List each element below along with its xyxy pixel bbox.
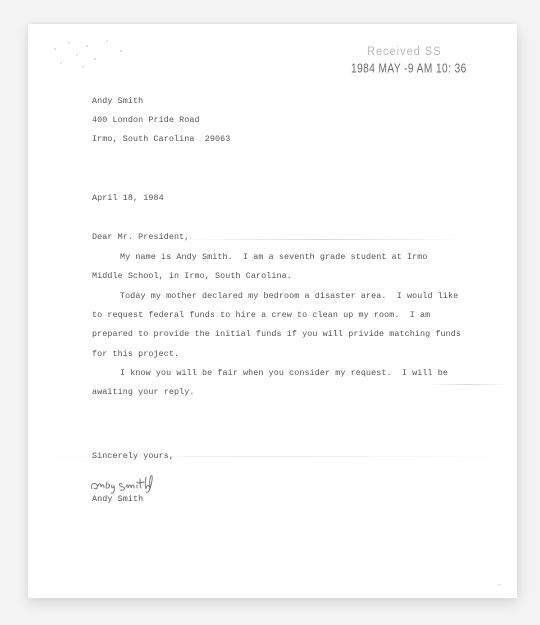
paper-specks — [46, 34, 136, 74]
body-line: Middle School, in Irmo, South Carolina. — [92, 271, 292, 281]
body-line: I know you will be fair when you conside… — [120, 368, 448, 378]
body-line: prepared to provide the initial funds if… — [92, 329, 461, 339]
scan-artifact-line — [428, 384, 508, 385]
received-date-stamp: 1984 MAY -9 AM 10: 36 — [351, 62, 467, 76]
closing: Sincerely yours, — [92, 451, 174, 461]
received-stamp: Received SS — [367, 46, 442, 59]
body-line: Today my mother declared my bedroom a di… — [120, 291, 458, 301]
sender-name: Andy Smith — [92, 96, 143, 106]
signature-typed-name: Andy Smith — [92, 494, 143, 504]
letter-date: April 18, 1984 — [92, 193, 164, 203]
salutation: Dear Mr. President, — [92, 232, 189, 242]
body-line: for this project. — [92, 349, 179, 359]
sender-street: 400 London Pride Road — [92, 115, 200, 125]
paper-mark — [498, 584, 501, 585]
letter-page: Received SS 1984 MAY -9 AM 10: 36 Andy S… — [28, 24, 517, 598]
sender-city-state-zip: Irmo, South Carolina 29063 — [92, 134, 230, 144]
body-line: awaiting your reply. — [92, 387, 195, 397]
body-line: My name is Andy Smith. I am a seventh gr… — [120, 252, 428, 262]
handwritten-signature — [88, 473, 178, 495]
body-line: to request federal funds to hire a crew … — [92, 310, 430, 320]
scan-artifact-line — [178, 239, 468, 240]
